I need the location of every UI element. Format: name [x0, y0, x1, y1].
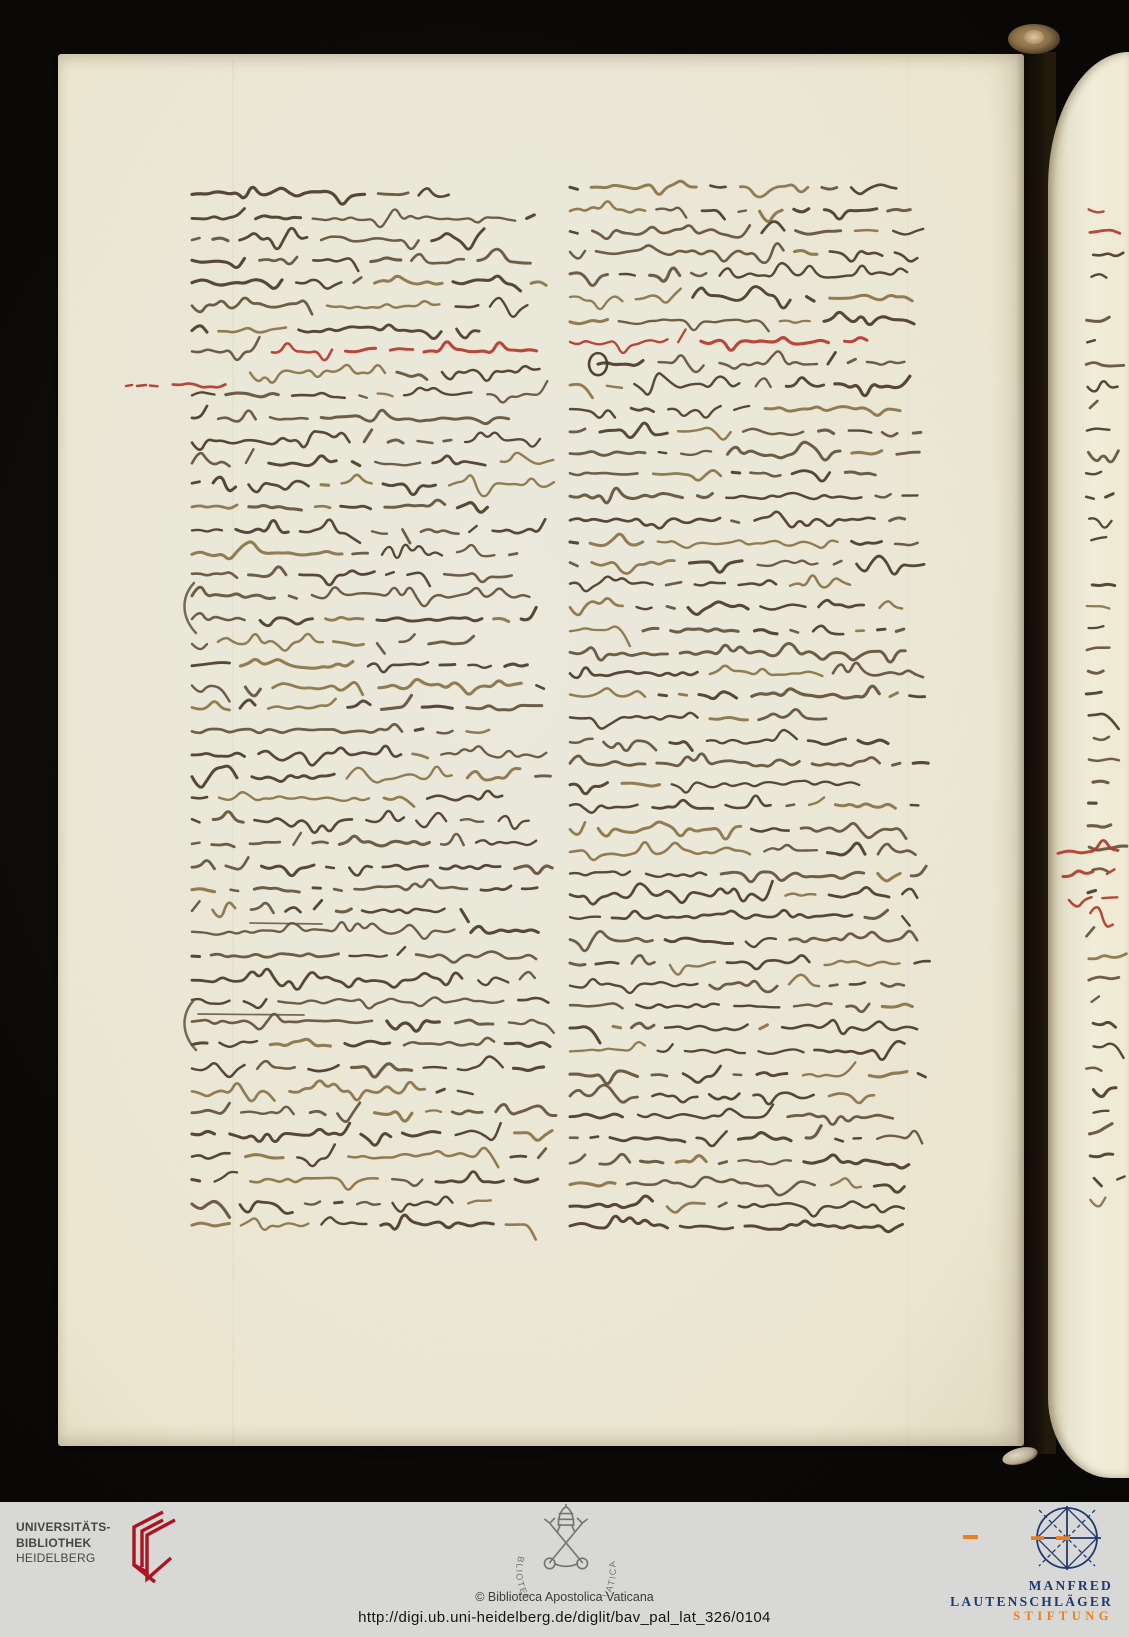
- ub-logo-line2: BIBLIOTHEK: [16, 1536, 111, 1552]
- ub-heidelberg-logo: UNIVERSITÄTS- BIBLIOTHEK HEIDELBERG: [16, 1520, 179, 1586]
- ml-logo-line2: LAUTENSCHLÄGER: [950, 1594, 1113, 1610]
- facing-page-text-fragments: [1086, 209, 1127, 1206]
- rubric-left-margin-note: [120, 374, 236, 400]
- rubric-left-inline-question: [266, 338, 550, 364]
- compass-star-logo-icon: [1031, 1504, 1103, 1576]
- marginalia-ink: [126, 60, 1118, 1444]
- open-book-logo-icon: [117, 1508, 179, 1586]
- ml-logo-line3: STIFTUNG: [950, 1609, 1113, 1625]
- vatican-seal: BIBLIOTECA APOSTOLICA VATICANA: [500, 1504, 632, 1596]
- handwritten-text-layer: [0, 0, 1129, 1502]
- crossed-keys-seal-icon: BIBLIOTECA APOSTOLICA VATICANA: [500, 1504, 632, 1596]
- ml-logo-line1: MANFRED: [950, 1578, 1113, 1594]
- orange-dash-icon: [963, 1535, 978, 1539]
- footer-bar: UNIVERSITÄTS- BIBLIOTHEK HEIDELBERG: [0, 1502, 1129, 1637]
- rubric-facing-page-margin-note: [1050, 842, 1129, 912]
- lautenschlaeger-stiftung-logo: MANFRED LAUTENSCHLÄGER STIFTUNG: [855, 1502, 1115, 1637]
- manuscript-photo-background: [0, 0, 1129, 1502]
- ub-logo-line1: UNIVERSITÄTS-: [16, 1520, 111, 1536]
- ub-logo-line3: HEIDELBERG: [16, 1551, 111, 1567]
- rubric-right-heading: [570, 320, 880, 348]
